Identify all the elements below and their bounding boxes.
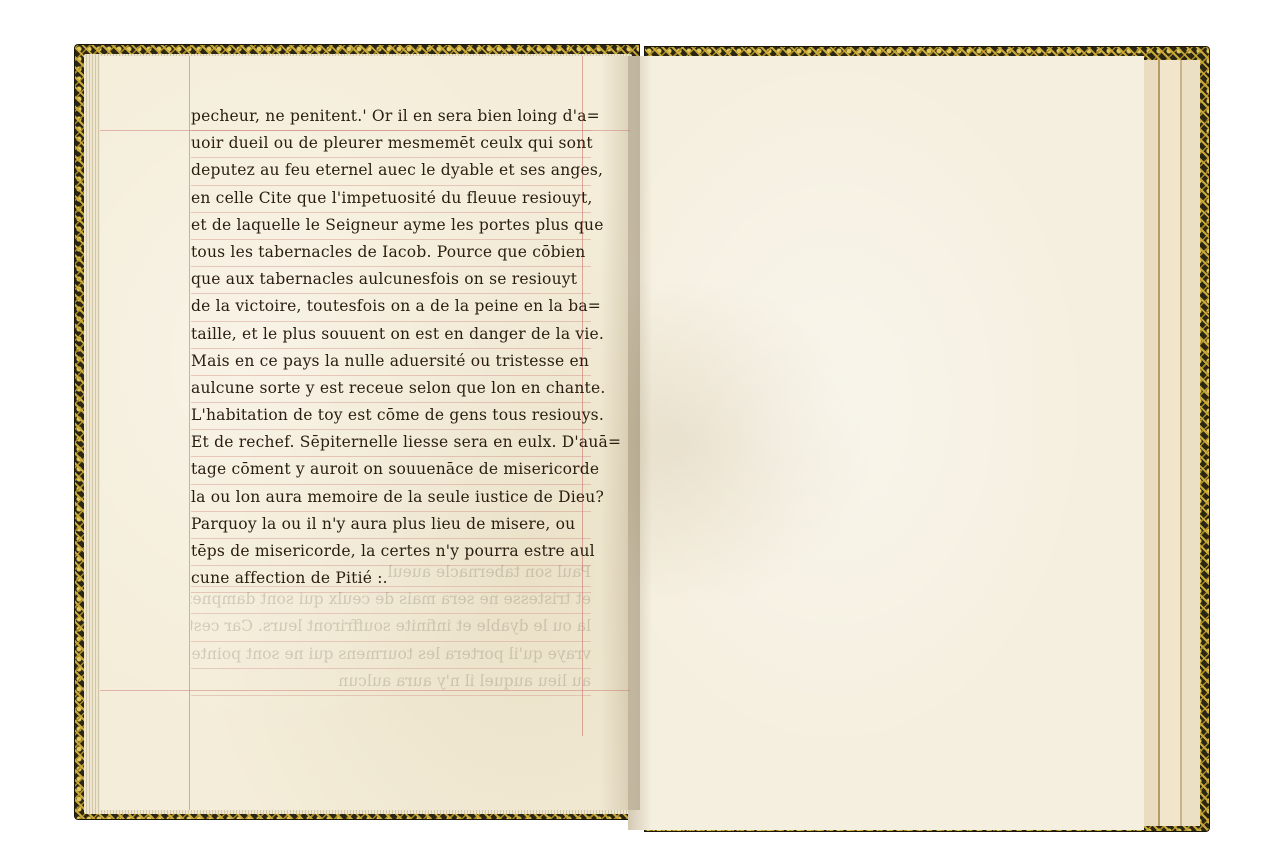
text-line: en celle Cite que l'impetuosité du fleuu…	[191, 186, 591, 213]
ruling-left-margin	[189, 56, 190, 810]
show-through-line: au lieu auquel il n'y aura aulcun	[191, 669, 591, 696]
right-page-blank	[628, 56, 1144, 830]
right-page-edges	[1140, 60, 1200, 826]
text-line: Parquoy la ou il n'y aura plus lieu de m…	[191, 512, 591, 539]
show-through-line: et tristesse ne sera mais de ceulx qui s…	[191, 587, 591, 614]
text-line: pecheur, ne penitent.' Or il en sera bie…	[191, 104, 591, 131]
text-line: Mais en ce pays la nulle aduersité ou tr…	[191, 349, 591, 376]
text-line: de la victoire, toutesfois on a de la pe…	[191, 294, 591, 321]
text-line: aulcune sorte y est receue selon que lon…	[191, 376, 591, 403]
show-through-line: Paul son tabernacle aueul	[191, 560, 591, 587]
manuscript-text: pecheur, ne penitent.' Or il en sera bie…	[191, 104, 591, 593]
show-through-line: vraye qu'il portera les tourmens qui ne …	[191, 642, 591, 669]
gutter-shadow-right	[628, 56, 652, 830]
text-line: L'habitation de toy est cōme de gens tou…	[191, 403, 591, 430]
text-line: que aux tabernacles aulcunesfois on se r…	[191, 267, 591, 294]
text-line: uoir dueil ou de pleurer mesmemēt ceulx …	[191, 131, 591, 158]
show-through-text: Paul son tabernacle aueul et tristesse n…	[191, 560, 591, 696]
text-line: Et de rechef. Sēpiternelle liesse sera e…	[191, 430, 591, 457]
text-line: et de laquelle le Seigneur ayme les port…	[191, 213, 591, 240]
text-line: taille, et le plus souuent on est en dan…	[191, 322, 591, 349]
text-line: la ou lon aura memoire de la seule iusti…	[191, 485, 591, 512]
text-line: deputez au feu eternel auec le dyable et…	[191, 158, 591, 185]
text-line: tous les tabernacles de Iacob. Pource qu…	[191, 240, 591, 267]
show-through-line: la ou le dyable et infinite souffriront …	[191, 614, 591, 641]
text-line: tage cōment y auroit on souuenāce de mis…	[191, 457, 591, 484]
